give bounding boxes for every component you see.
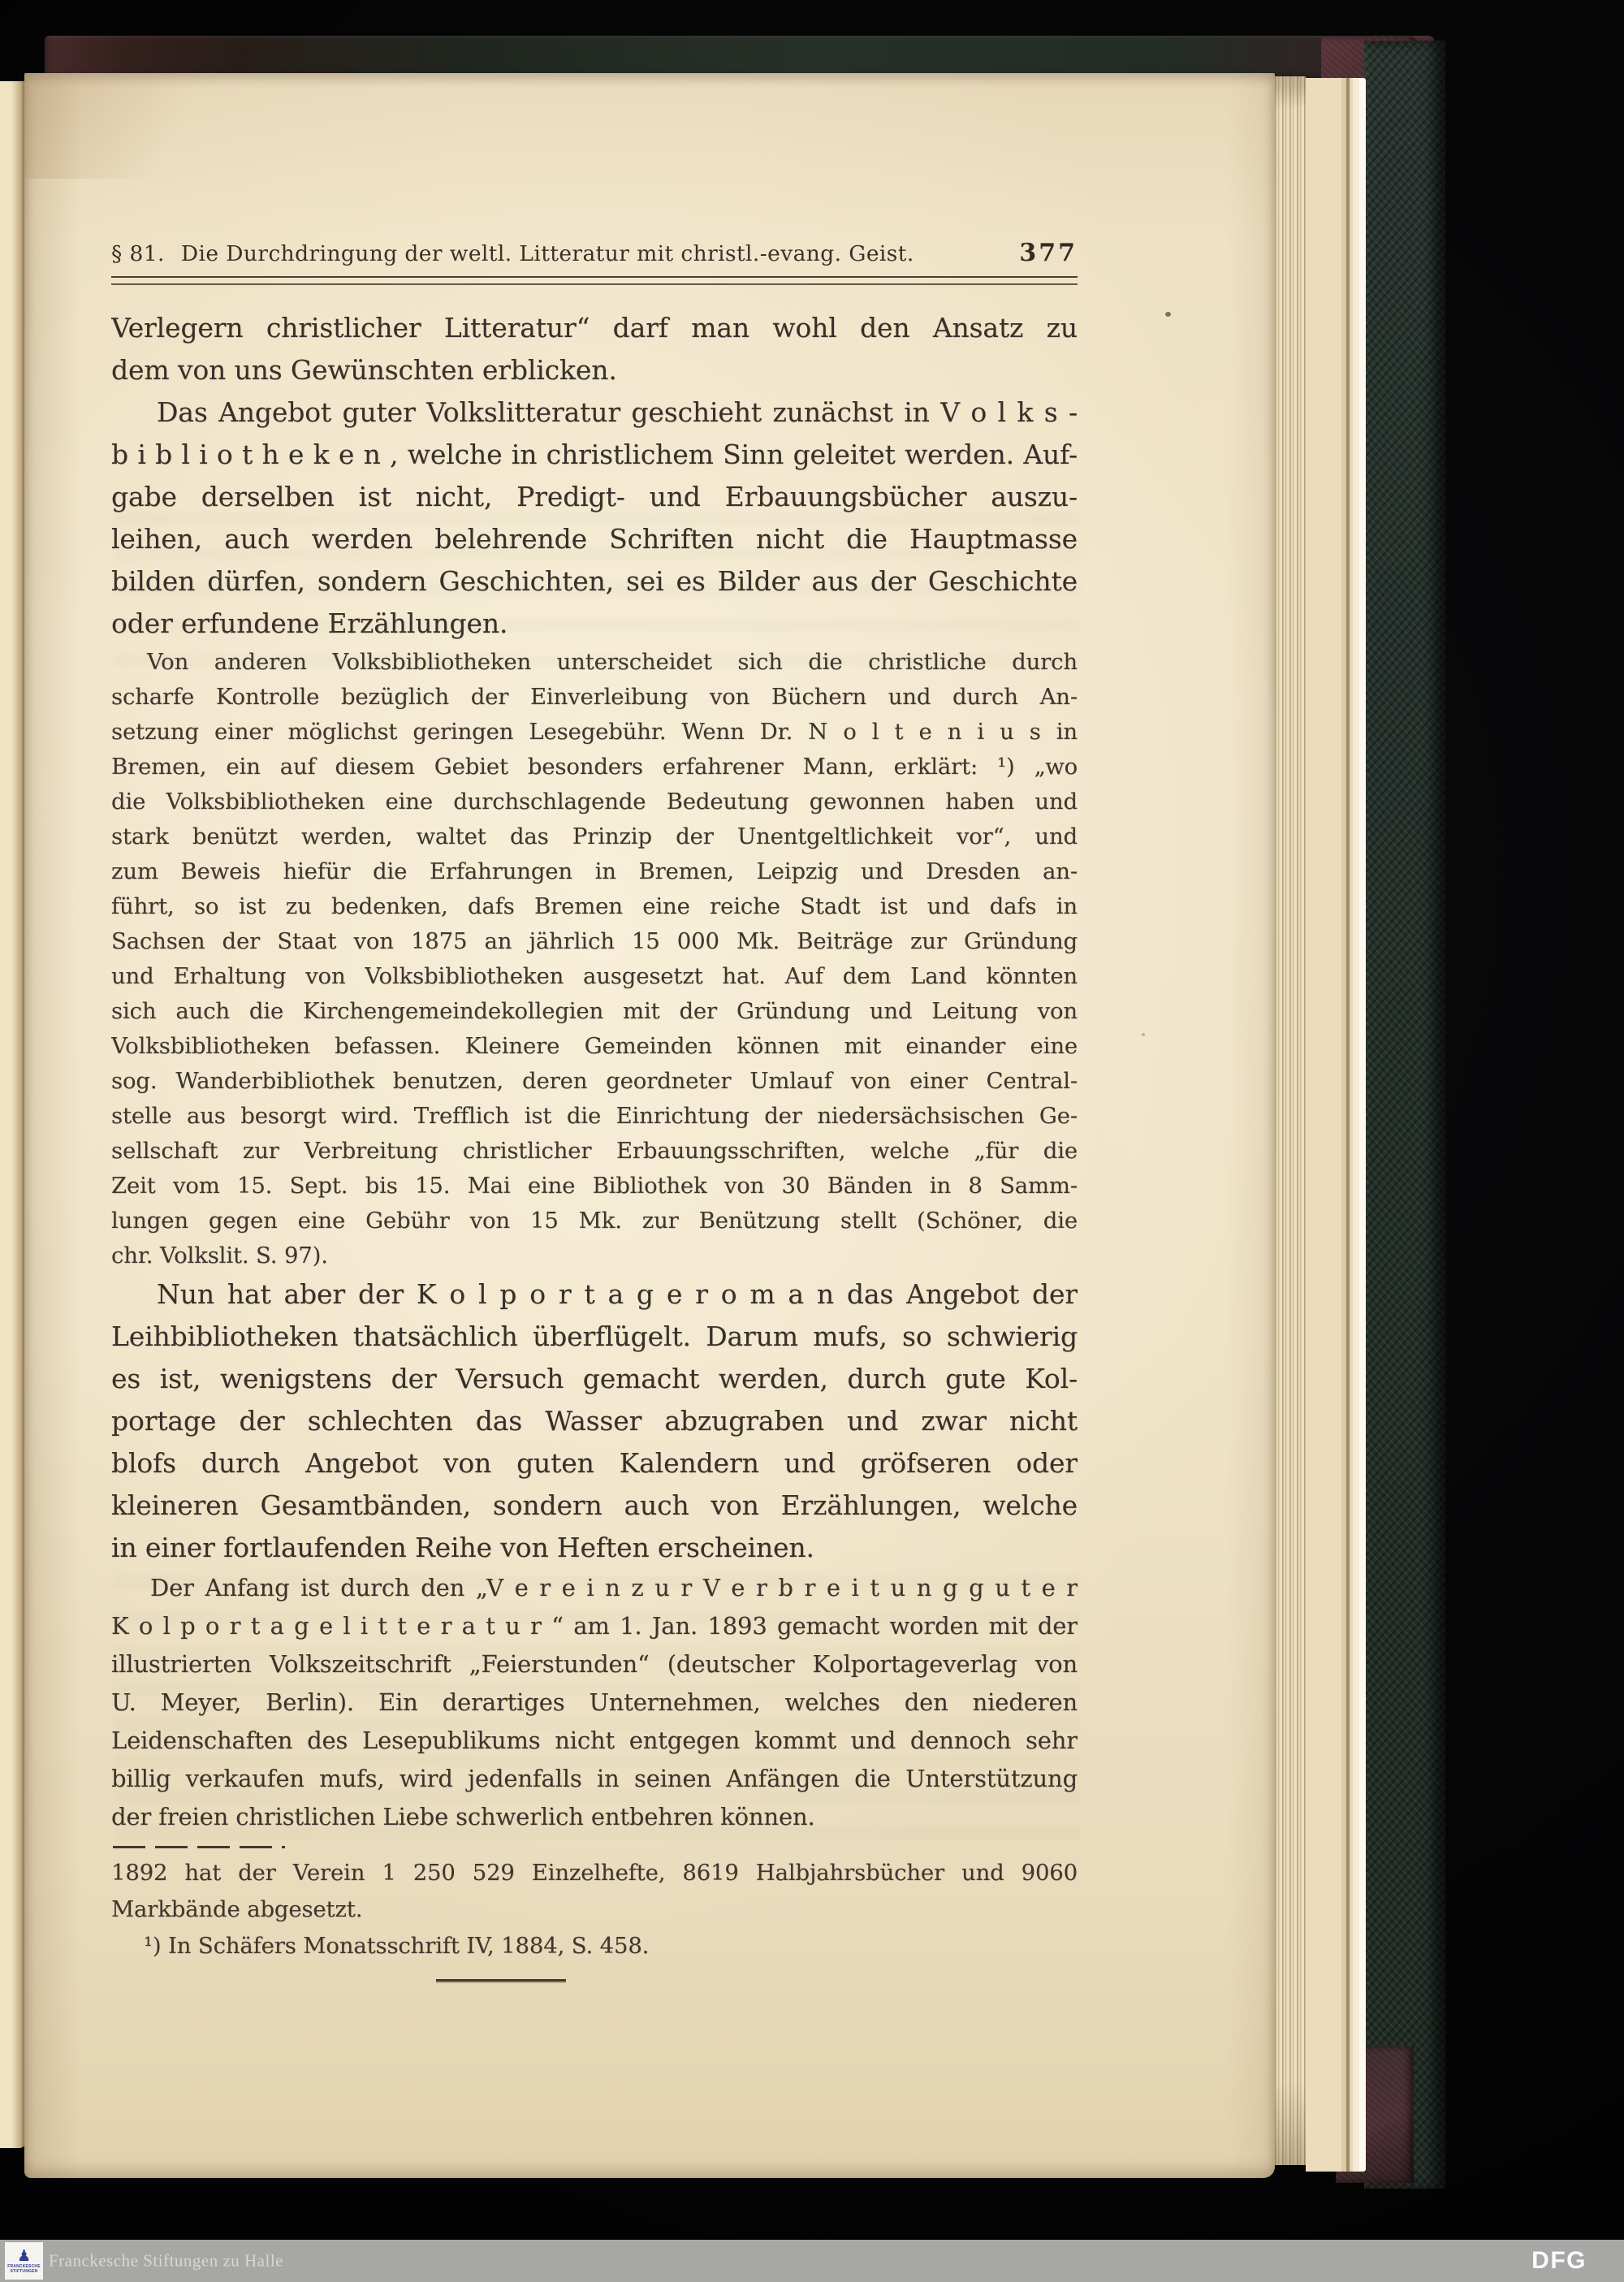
page-crease <box>24 73 300 179</box>
text-line: Leihbibliotheken thatsächlich überflügel… <box>111 1316 1078 1358</box>
footnote: 1892 hat der Verein 1 250 529 Einzelheft… <box>111 1855 1078 1928</box>
text-line: die Volksbibliotheken eine durchschlagen… <box>111 784 1078 819</box>
text-line: Der Anfang ist durch den „V e r e i n z … <box>111 1569 1078 1607</box>
text-line: in einer fortlaufenden Reihe von Heften … <box>111 1527 1078 1569</box>
dust-speck <box>1142 1033 1145 1036</box>
text-line: stelle aus besorgt wird. Trefflich ist d… <box>111 1099 1078 1134</box>
text-line: sich auch die Kirchengemeindekollegien m… <box>111 994 1078 1029</box>
text-line: oder erfundene Erzählungen. <box>111 603 1078 645</box>
viewer-footer-bar: ♟ FRANCKESCHE STIFTUNGEN Franckesche Sti… <box>0 2240 1624 2282</box>
text-line: sellschaft zur Verbreitung christlicher … <box>111 1134 1078 1169</box>
text-line: portage der schlechten das Wasser abzugr… <box>111 1400 1078 1442</box>
text-line: stark benützt werden, waltet das Prinzip… <box>111 819 1078 854</box>
section-end-rule <box>436 1979 566 1982</box>
header-rule <box>111 276 1078 285</box>
text-line: Markbände abgesetzt. <box>111 1891 1078 1928</box>
text-line: dem von uns Gewünschten erblicken. <box>111 349 1078 391</box>
text-line: der freien christlichen Liebe schwerlich… <box>111 1798 1078 1836</box>
text-line: illustrierten Volkszeitschrift „Feierstu… <box>111 1645 1078 1683</box>
text-line: scharfe Kontrolle bezüglich der Einverle… <box>111 680 1078 715</box>
text-line: chr. Volkslit. S. 97). <box>111 1238 1078 1273</box>
footnote: ¹) In Schäfers Monatsschrift IV, 1884, S… <box>111 1928 1078 1964</box>
page-stack-edges <box>1275 76 1306 2165</box>
text-line: Bremen, ein auf diesem Gebiet besonders … <box>111 750 1078 784</box>
paragraph: Nun hat aber der K o l p o r t a g e r o… <box>111 1273 1078 1569</box>
text-line: leihen, auch werden belehrende Schriften… <box>111 518 1078 560</box>
text-line: Sachsen der Staat von 1875 an jährlich 1… <box>111 924 1078 959</box>
text-line: U. Meyer, Berlin). Ein derartiges Untern… <box>111 1683 1078 1722</box>
book-page: § 81.Die Durchdringung der weltl. Litter… <box>24 73 1275 2178</box>
text-line: blofs durch Angebot von guten Kalendern … <box>111 1442 1078 1485</box>
text-line: bilden dürfen, sondern Geschichten, sei … <box>111 560 1078 603</box>
footnote-separator <box>113 1846 285 1848</box>
text-line: zum Beweis hiefür die Erfahrungen in Bre… <box>111 854 1078 889</box>
running-head-title: § 81.Die Durchdringung der weltl. Litter… <box>111 241 914 266</box>
facing-page-edge <box>0 81 26 2148</box>
text-line: und Erhaltung von Volksbibliotheken ausg… <box>111 959 1078 994</box>
franckesche-stiftungen-logo: ♟ FRANCKESCHE STIFTUNGEN <box>5 2242 43 2280</box>
paragraph: Das Angebot guter Volkslitteratur geschi… <box>111 391 1078 645</box>
text-line: K o l p o r t a g e l i t t e r a t u r … <box>111 1607 1078 1645</box>
institution-name: Franckesche Stiftungen zu Halle <box>49 2251 283 2271</box>
page-number: 377 <box>1019 239 1078 267</box>
scanned-book-photo: § 81.Die Durchdringung der weltl. Litter… <box>0 0 1624 2282</box>
text-line: es ist, wenigstens der Versuch gemacht w… <box>111 1358 1078 1400</box>
paragraph: Verlegern christlicher Litteratur“ darf … <box>111 307 1078 391</box>
running-head: § 81.Die Durchdringung der weltl. Litter… <box>111 239 1078 267</box>
text-line: Von anderen Volksbibliotheken unterschei… <box>111 645 1078 680</box>
text-line: setzung einer möglichst geringen Lesegeb… <box>111 715 1078 750</box>
text-line: lungen gegen eine Gebühr von 15 Mk. zur … <box>111 1204 1078 1238</box>
logo-caption-line2: STIFTUNGEN <box>11 2269 38 2274</box>
text-line: 1892 hat der Verein 1 250 529 Einzelheft… <box>111 1855 1078 1891</box>
text-line: Volksbibliotheken befassen. Kleinere Gem… <box>111 1029 1078 1064</box>
dust-speck <box>1165 312 1171 317</box>
text-line: Verlegern christlicher Litteratur“ darf … <box>111 307 1078 349</box>
text-line: sog. Wanderbibliothek benutzen, deren ge… <box>111 1064 1078 1099</box>
book-cover-right-edge <box>1364 41 1445 2189</box>
text-line: ¹) In Schäfers Monatsschrift IV, 1884, S… <box>111 1928 1078 1964</box>
text-line: gabe derselben ist nicht, Predigt- und E… <box>111 476 1078 518</box>
text-line: Das Angebot guter Volkslitteratur geschi… <box>111 391 1078 434</box>
statue-icon: ♟ <box>17 2249 31 2264</box>
running-title: Die Durchdringung der weltl. Litteratur … <box>181 241 914 266</box>
page-text: Verlegern christlicher Litteratur“ darf … <box>111 307 1078 1982</box>
paragraph: Der Anfang ist durch den „V e r e i n z … <box>111 1569 1078 1836</box>
text-line: Nun hat aber der K o l p o r t a g e r o… <box>111 1273 1078 1316</box>
text-line: kleineren Gesamtbänden, sondern auch von… <box>111 1485 1078 1527</box>
text-line: Zeit vom 15. Sept. bis 15. Mai eine Bibl… <box>111 1169 1078 1204</box>
text-line: b i b l i o t h e k e n , welche in chri… <box>111 434 1078 476</box>
text-line: Leidenschaften des Lesepublikums nicht e… <box>111 1722 1078 1760</box>
dfg-logo: DFG <box>1531 2247 1587 2275</box>
text-line: führt, so ist zu bedenken, dafs Bremen e… <box>111 889 1078 924</box>
underlying-page-edge <box>1306 78 1366 2172</box>
section-number: § 81. <box>111 241 165 266</box>
text-line: billig verkaufen mufs, wird jedenfalls i… <box>111 1760 1078 1798</box>
paragraph: Von anderen Volksbibliotheken unterschei… <box>111 645 1078 1273</box>
